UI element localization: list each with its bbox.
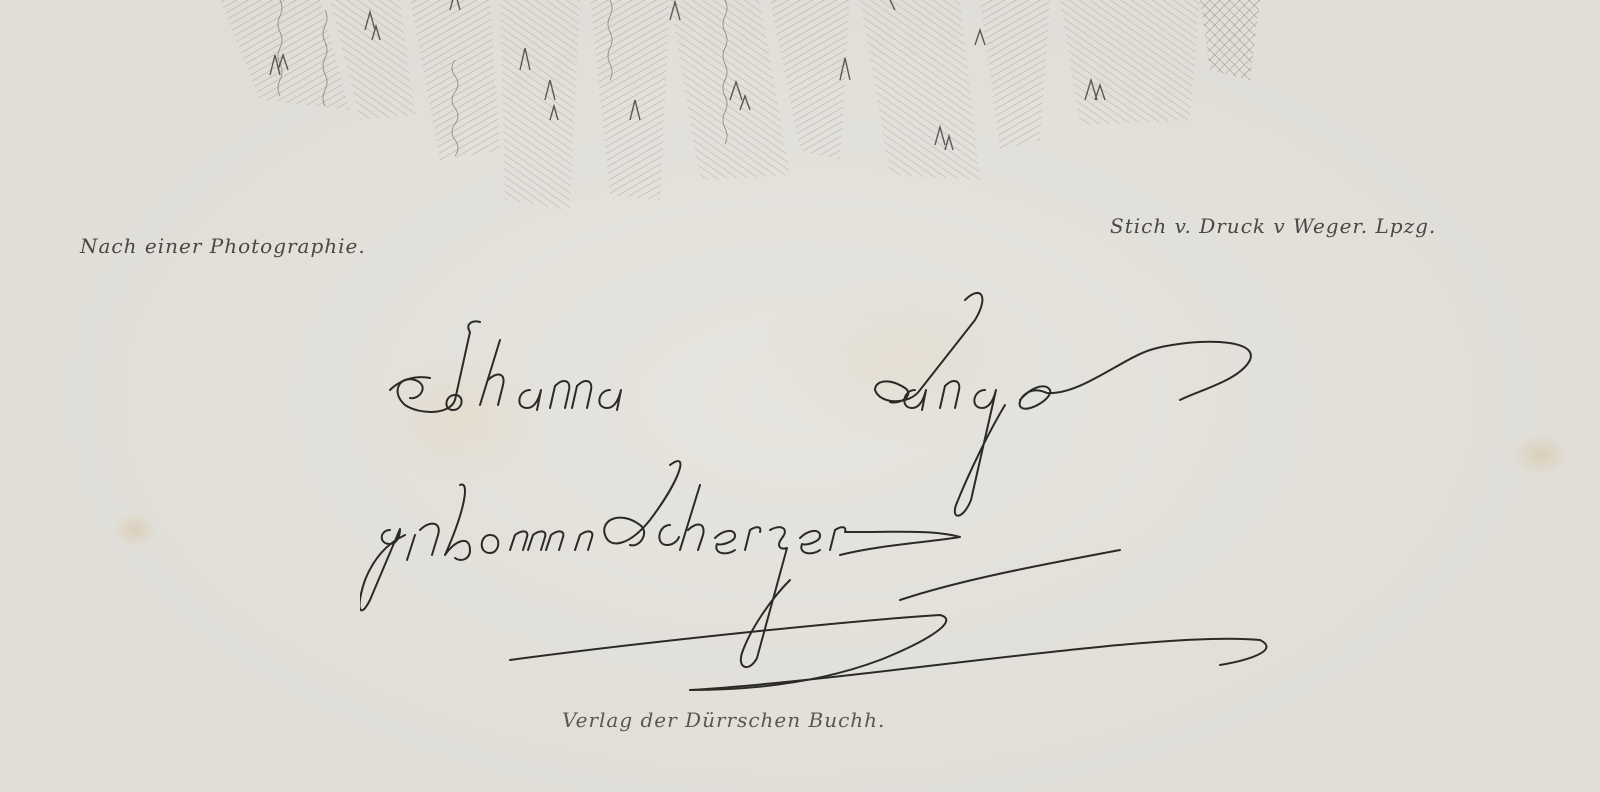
engraving-drapery [200,0,1300,210]
caption-photo-source: Nach einer Photographie. [80,234,366,258]
handwritten-signature: Johanna Lange geborene Scherzer [360,280,1280,700]
caption-publisher: Verlag der Dürrschen Buchh. [562,708,885,732]
caption-engraver: Stich v. Druck v Weger. Lpzg. [1110,214,1436,238]
signature-strokes [360,280,1280,700]
